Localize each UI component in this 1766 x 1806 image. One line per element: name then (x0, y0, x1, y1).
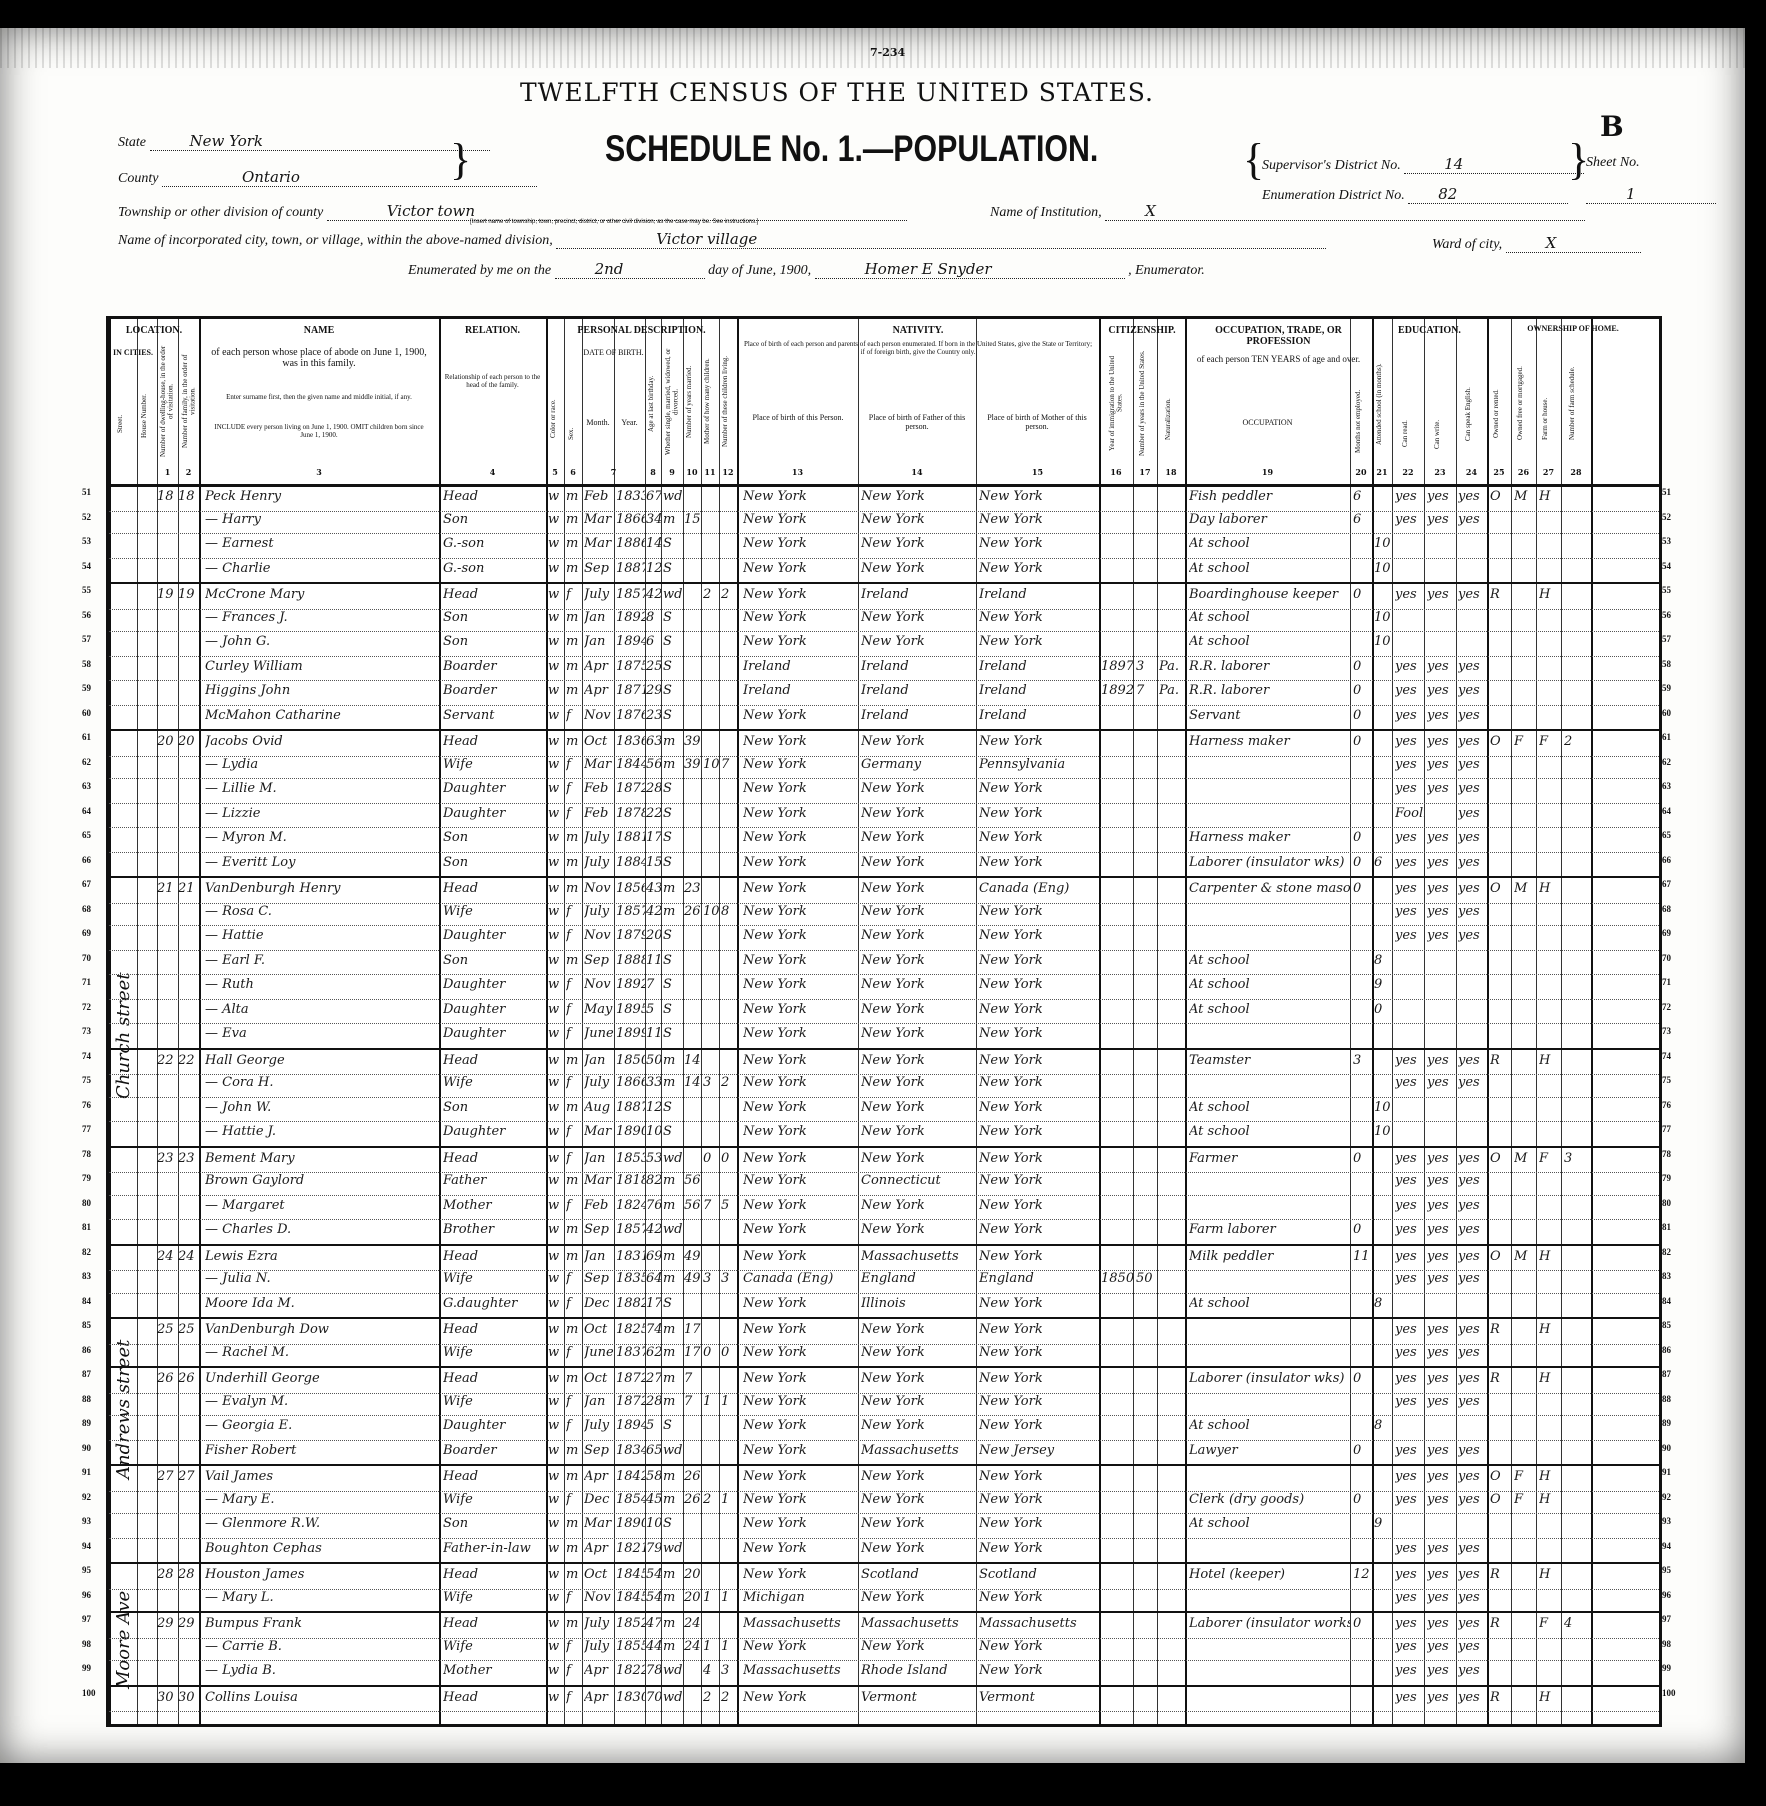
birth-year-cell: 1866 (616, 1075, 645, 1090)
owned-rented-cell: R (1490, 1690, 1511, 1705)
birth-month-cell: Oct (584, 1371, 614, 1386)
birth-month-cell: Jan (584, 1053, 614, 1068)
birthplace-person-cell: New York (743, 489, 858, 504)
occupation-cell: Farm laborer (1189, 1222, 1350, 1237)
naturalization-cell: Pa. (1159, 659, 1185, 674)
relation-heading: RELATION. (439, 325, 546, 336)
age-cell: 10 (646, 1516, 661, 1531)
birthplace-person-cell: New York (743, 1516, 858, 1531)
relation-cell: Wife (443, 1492, 546, 1507)
mother-of-cell: 10 (703, 757, 719, 772)
marital-status-cell: S (663, 1002, 683, 1017)
birthplace-mother-cell: New York (979, 1053, 1099, 1068)
birthplace-father-cell: New York (861, 1026, 976, 1041)
birth-month-cell: July (584, 1418, 614, 1433)
can-read-cell: yes (1395, 1639, 1424, 1654)
line-number-left: 82 (82, 1247, 91, 1257)
owned-rented-cell: O (1490, 881, 1511, 896)
dwelling-number-cell: 26 (157, 1371, 178, 1386)
attended-school-heading: Attended school (in months). (1376, 349, 1384, 459)
relation-cell: Daughter (443, 1002, 546, 1017)
column-number: 17 (1133, 467, 1157, 477)
children-living-cell: 1 (721, 1492, 737, 1507)
birthplace-mother-cell: New York (979, 634, 1099, 649)
occupation-cell: At school (1189, 1516, 1350, 1531)
months-unemployed-cell: 11 (1353, 1249, 1372, 1264)
birthplace-mother-cell: New York (979, 1222, 1099, 1237)
can-write-heading: Can write. (1434, 409, 1442, 459)
birth-month-cell: June (584, 1026, 614, 1041)
person-name-cell: — Charles D. (205, 1222, 439, 1237)
birthplace-mother-cell: New Jersey (979, 1443, 1099, 1458)
line-number-left: 88 (82, 1394, 91, 1404)
marital-status-cell: m (663, 1590, 683, 1605)
nativity-heading: NATIVITY. (737, 325, 1099, 336)
age-cell: 76 (646, 1198, 661, 1213)
birth-year-cell: 1881 (616, 830, 645, 845)
can-write-cell: yes (1427, 489, 1456, 504)
color-cell: w (548, 1394, 564, 1409)
farm-house-cell: H (1539, 1053, 1561, 1068)
ward-field: Ward of city, X (1432, 234, 1641, 253)
table-row: Curley WilliamBoarderwmApr187525SIreland… (109, 656, 1659, 682)
birthplace-father-cell: Massachusetts (861, 1249, 976, 1264)
sex-cell: f (566, 781, 582, 796)
birth-year-cell: 1899 (616, 1026, 645, 1041)
mother-of-cell: 0 (703, 1345, 719, 1360)
birth-year-cell: 1830 (616, 1690, 645, 1705)
person-name-cell: — Margaret (205, 1198, 439, 1213)
line-number: 83 (1662, 1271, 1671, 1281)
age-cell: 50 (646, 1053, 661, 1068)
attended-school-cell: 10 (1374, 634, 1392, 649)
birth-year-cell: 1831 (616, 1249, 645, 1264)
family-number-cell: 30 (178, 1690, 199, 1705)
free-mortgaged-cell: M (1514, 489, 1536, 504)
table-row: — RuthDaughterwfNov18927SNew YorkNew Yor… (109, 974, 1659, 1000)
birth-year-cell: 1845 (616, 1590, 645, 1605)
birthplace-father-cell: New York (861, 1590, 976, 1605)
color-cell: w (548, 1124, 564, 1139)
birthplace-person-cell: New York (743, 1443, 858, 1458)
years-in-us-cell: 3 (1136, 659, 1157, 674)
can-read-cell: yes (1395, 757, 1424, 772)
birthplace-mother-cell: New York (979, 1516, 1099, 1531)
can-write-cell: yes (1427, 1151, 1456, 1166)
birth-year-cell: 1850 (616, 1053, 645, 1068)
relation-cell: G.-son (443, 536, 546, 551)
birthplace-mother-cell: New York (979, 610, 1099, 625)
color-cell: w (548, 1053, 564, 1068)
line-number: 51 (1662, 487, 1671, 497)
years-married-cell: 14 (684, 1075, 701, 1090)
age-cell: 27 (646, 1371, 661, 1386)
sex-heading: Sex. (568, 409, 576, 459)
color-cell: w (548, 1198, 564, 1213)
birthplace-mother-cell: Ireland (979, 708, 1099, 723)
marital-status-cell: wd (663, 489, 683, 504)
birthplace-father-cell: New York (861, 1075, 976, 1090)
birth-year-cell: 1818 (616, 1173, 645, 1188)
occupation-cell: At school (1189, 1296, 1350, 1311)
age-cell: 42 (646, 587, 661, 602)
person-name-cell: Collins Louisa (205, 1690, 439, 1705)
birth-year-cell: 1857 (616, 1222, 645, 1237)
age-cell: 11 (646, 953, 661, 968)
dwelling-number-cell: 22 (157, 1053, 178, 1068)
occupation-cell: At school (1189, 536, 1350, 551)
farm-house-cell: F (1539, 1616, 1561, 1631)
owned-rented-cell: R (1490, 1322, 1511, 1337)
sex-cell: m (566, 1173, 582, 1188)
can-write-cell: yes (1427, 1541, 1456, 1556)
birthplace-mother-cell: England (979, 1271, 1099, 1286)
table-row: — LizzieDaughterwfFeb187822SNew YorkNew … (109, 803, 1659, 829)
farm-schedule-cell: 2 (1564, 734, 1591, 749)
can-speak-english-cell: yes (1458, 683, 1487, 698)
family-number-cell: 18 (178, 489, 199, 504)
can-write-cell: yes (1427, 1567, 1456, 1582)
line-number: 66 (1662, 855, 1671, 865)
line-number: 60 (1662, 708, 1671, 718)
marital-status-cell: S (663, 683, 683, 698)
years-married-cell: 7 (684, 1371, 701, 1386)
birth-year-cell: 1879 (616, 928, 645, 943)
line-number: 77 (1662, 1124, 1671, 1134)
birthplace-mother-cell: New York (979, 1541, 1099, 1556)
birth-month-cell: July (584, 855, 614, 870)
can-read-cell: yes (1395, 587, 1424, 602)
birthplace-mother-cell: New York (979, 1124, 1099, 1139)
dwelling-number-cell: 20 (157, 734, 178, 749)
birthplace-mother-cell: Ireland (979, 683, 1099, 698)
person-name-cell: McCrone Mary (205, 587, 439, 602)
can-write-cell: yes (1427, 855, 1456, 870)
marital-status-cell: wd (663, 1690, 683, 1705)
birthplace-person-cell: New York (743, 855, 858, 870)
color-cell: w (548, 1173, 564, 1188)
can-write-cell: yes (1427, 1469, 1456, 1484)
relation-cell: Head (443, 1053, 546, 1068)
family-number-cell: 26 (178, 1371, 199, 1386)
table-row: — Mary E.WifewfDec185445m2621New YorkNew… (109, 1489, 1659, 1515)
children-living-cell: 3 (721, 1271, 737, 1286)
name-note-surname: Enter surname first, then the given name… (209, 394, 429, 402)
mother-of-cell: 10 (703, 904, 719, 919)
can-speak-english-cell: yes (1458, 928, 1487, 943)
free-mortgaged-cell: F (1514, 1492, 1536, 1507)
relation-cell: Daughter (443, 781, 546, 796)
person-name-cell: — Georgia E. (205, 1418, 439, 1433)
attended-school-cell: 8 (1374, 1296, 1392, 1311)
name-description: of each person whose place of abode on J… (209, 347, 429, 369)
owned-rented-cell: R (1490, 587, 1511, 602)
can-write-cell: yes (1427, 1371, 1456, 1386)
can-read-cell: yes (1395, 734, 1424, 749)
birthplace-mother-cell: New York (979, 1002, 1099, 1017)
birthplace-person-cell: Massachusetts (743, 1616, 858, 1631)
can-write-cell: yes (1427, 1394, 1456, 1409)
months-unemployed-cell: 0 (1353, 659, 1372, 674)
owned-rented-cell: O (1490, 1249, 1511, 1264)
birthplace-father-cell: New York (861, 1418, 976, 1433)
can-speak-english-cell: yes (1458, 1663, 1487, 1678)
sex-cell: m (566, 1100, 582, 1115)
attended-school-cell: 8 (1374, 953, 1392, 968)
months-unemployed-cell: 0 (1353, 1443, 1372, 1458)
line-number: 68 (1662, 904, 1671, 914)
birth-month-cell: July (584, 1075, 614, 1090)
birth-year-cell: 1855 (616, 1639, 645, 1654)
birth-month-cell: Oct (584, 1567, 614, 1582)
age-cell: 44 (646, 1639, 661, 1654)
birth-year-cell: 1842 (616, 1469, 645, 1484)
column-number: 27 (1536, 467, 1561, 477)
line-number: 64 (1662, 806, 1671, 816)
name-heading: NAME (199, 325, 439, 336)
children-living-cell: 2 (721, 587, 737, 602)
birth-year-cell: 1821 (616, 1541, 645, 1556)
enumerated-day: 2nd (555, 260, 705, 279)
line-number: 74 (1662, 1051, 1671, 1061)
sex-cell: f (566, 1296, 582, 1311)
family-number-cell: 20 (178, 734, 199, 749)
table-row: — John W.SonwmAug188712SNew YorkNew York… (109, 1097, 1659, 1123)
person-name-cell: — Hattie J. (205, 1124, 439, 1139)
sex-cell: m (566, 1222, 582, 1237)
person-name-cell: — Mary E. (205, 1492, 439, 1507)
birthplace-father-cell: New York (861, 1053, 976, 1068)
birthplace-person-cell: New York (743, 1053, 858, 1068)
birth-month-cell: Mar (584, 536, 614, 551)
birthplace-person-heading: Place of birth of this Person. (743, 414, 853, 423)
column-number: 20 (1350, 467, 1372, 477)
marital-status-cell: m (663, 1075, 683, 1090)
can-read-cell: yes (1395, 928, 1424, 943)
color-cell: w (548, 634, 564, 649)
age-cell: 6 (646, 634, 661, 649)
birthplace-person-cell: New York (743, 734, 858, 749)
can-read-cell: yes (1395, 1053, 1424, 1068)
sex-cell: m (566, 855, 582, 870)
years-in-us-heading: Number of years in the United States. (1139, 347, 1147, 459)
ownership-heading: OWNERSHIP OF HOME. (1487, 325, 1659, 334)
column-number: 8 (645, 467, 661, 477)
color-cell: w (548, 1026, 564, 1041)
birth-month-cell: Apr (584, 1663, 614, 1678)
attended-school-cell: 10 (1374, 1124, 1392, 1139)
age-cell: 28 (646, 1394, 661, 1409)
sex-cell: m (566, 1322, 582, 1337)
birthplace-father-cell: Ireland (861, 683, 976, 698)
mother-of-cell: 1 (703, 1394, 719, 1409)
can-write-cell: yes (1427, 587, 1456, 602)
years-married-cell: 26 (684, 1469, 701, 1484)
sex-cell: f (566, 708, 582, 723)
age-cell: 28 (646, 781, 661, 796)
birth-month-cell: Apr (584, 659, 614, 674)
birthplace-father-cell: New York (861, 977, 976, 992)
birthplace-mother-cell: New York (979, 830, 1099, 845)
color-cell: w (548, 1516, 564, 1531)
line-number-left: 65 (82, 830, 91, 840)
marital-status-cell: S (663, 1418, 683, 1433)
can-read-cell: yes (1395, 1394, 1424, 1409)
table-row: 2929Bumpus FrankHeadwmJuly185247m24Massa… (109, 1611, 1659, 1639)
age-cell: 22 (646, 806, 661, 821)
can-write-cell: yes (1427, 1271, 1456, 1286)
color-cell: w (548, 1418, 564, 1433)
can-speak-english-cell: yes (1458, 1394, 1487, 1409)
birthplace-mother-heading: Place of birth of Mother of this person. (981, 414, 1093, 432)
age-cell: 5 (646, 1418, 661, 1433)
relation-cell: G.daughter (443, 1296, 546, 1311)
family-number-heading: Number of family, in the order of visita… (182, 344, 197, 459)
birthplace-person-cell: New York (743, 1075, 858, 1090)
line-number: 95 (1662, 1565, 1671, 1575)
farm-house-cell: H (1539, 489, 1561, 504)
sex-cell: m (566, 1541, 582, 1556)
person-name-cell: Hall George (205, 1053, 439, 1068)
owned-rented-cell: O (1490, 489, 1511, 504)
birthplace-mother-cell: New York (979, 1249, 1099, 1264)
age-cell: 5 (646, 1002, 661, 1017)
can-read-cell: yes (1395, 1469, 1424, 1484)
birth-month-cell: July (584, 587, 614, 602)
relation-cell: Head (443, 1249, 546, 1264)
relation-cell: Head (443, 1322, 546, 1337)
marital-status-cell: m (663, 1616, 683, 1631)
birthplace-father-cell: New York (861, 734, 976, 749)
line-number-left: 94 (82, 1541, 91, 1551)
column-number: 6 (564, 467, 582, 477)
line-number-left: 72 (82, 1002, 91, 1012)
birthplace-mother-cell: New York (979, 953, 1099, 968)
table-row: — Everitt LoySonwmJuly188415SNew YorkNew… (109, 852, 1659, 878)
birth-year-cell: 1892 (616, 977, 645, 992)
can-speak-english-cell: yes (1458, 881, 1487, 896)
free-mortgaged-cell: M (1514, 1151, 1536, 1166)
birthplace-person-cell: New York (743, 1567, 858, 1582)
person-name-cell: — Earl F. (205, 953, 439, 968)
line-number-left: 70 (82, 953, 91, 963)
line-number: 55 (1662, 585, 1671, 595)
person-name-cell: — Mary L. (205, 1590, 439, 1605)
birthplace-person-cell: New York (743, 634, 858, 649)
marital-status-cell: S (663, 536, 683, 551)
birth-year-cell: 1845 (616, 1567, 645, 1582)
line-number-left: 89 (82, 1418, 91, 1428)
birthplace-person-cell: New York (743, 1173, 858, 1188)
dwelling-number-cell: 24 (157, 1249, 178, 1264)
birth-month-cell: Apr (584, 1469, 614, 1484)
children-living-cell: 2 (721, 1075, 737, 1090)
birthplace-person-cell: New York (743, 781, 858, 796)
color-cell: w (548, 1222, 564, 1237)
can-read-cell: yes (1395, 1567, 1424, 1582)
can-speak-english-cell: yes (1458, 1249, 1487, 1264)
relation-cell: Servant (443, 708, 546, 723)
line-number: 73 (1662, 1026, 1671, 1036)
children-living-cell: 0 (721, 1151, 737, 1166)
age-cell: 62 (646, 1345, 661, 1360)
relation-cell: Wife (443, 904, 546, 919)
can-speak-english-cell: yes (1458, 757, 1487, 772)
color-cell: w (548, 561, 564, 576)
dwelling-number-cell: 18 (157, 489, 178, 504)
line-number-left: 62 (82, 757, 91, 767)
age-cell: 82 (646, 1173, 661, 1188)
birthplace-person-cell: New York (743, 536, 858, 551)
birth-month-cell: Apr (584, 1541, 614, 1556)
table-row: — Cora H.WifewfJuly186633m1432New YorkNe… (109, 1072, 1659, 1098)
birthplace-father-cell: New York (861, 1100, 976, 1115)
line-number-left: 86 (82, 1345, 91, 1355)
color-cell: w (548, 1271, 564, 1286)
birth-year-cell: 1872 (616, 1371, 645, 1386)
institution-label: Name of Institution, (990, 205, 1102, 220)
marital-status-cell: m (663, 1198, 683, 1213)
months-unemployed-cell: 0 (1353, 830, 1372, 845)
birth-month-cell: Feb (584, 489, 614, 504)
years-married-cell: 39 (684, 734, 701, 749)
marital-status-cell: S (663, 977, 683, 992)
line-number-left: 99 (82, 1663, 91, 1673)
farm-house-heading: Farm or house. (1542, 379, 1550, 459)
can-read-heading: Can read. (1402, 409, 1410, 459)
sex-cell: m (566, 1469, 582, 1484)
column-number: 14 (858, 467, 976, 477)
years-married-cell: 17 (684, 1345, 701, 1360)
can-write-cell: yes (1427, 830, 1456, 845)
birthplace-person-cell: Ireland (743, 683, 858, 698)
person-name-cell: — Lydia (205, 757, 439, 772)
age-cell: 33 (646, 1075, 661, 1090)
can-speak-english-cell: yes (1458, 659, 1487, 674)
occupation-cell: Lawyer (1189, 1443, 1350, 1458)
birthplace-father-cell: Ireland (861, 708, 976, 723)
birth-month-cell: Sep (584, 1271, 614, 1286)
birthplace-person-cell: New York (743, 757, 858, 772)
sex-cell: f (566, 1590, 582, 1605)
birth-month-cell: Mar (584, 512, 614, 527)
line-number-left: 85 (82, 1320, 91, 1330)
can-speak-english-cell: yes (1458, 1616, 1487, 1631)
table-row: 2525VanDenburgh DowHeadwmOct182574m17New… (109, 1317, 1659, 1345)
birthplace-person-cell: New York (743, 977, 858, 992)
person-name-cell: Fisher Robert (205, 1443, 439, 1458)
years-married-cell: 26 (684, 1492, 701, 1507)
occupation-cell: At school (1189, 610, 1350, 625)
birth-year-cell: 1887 (616, 1100, 645, 1115)
can-speak-english-cell: yes (1458, 1198, 1487, 1213)
can-write-cell: yes (1427, 1075, 1456, 1090)
age-cell: 12 (646, 561, 661, 576)
age-cell: 64 (646, 1271, 661, 1286)
line-number-left: 57 (82, 634, 91, 644)
birthplace-mother-cell: Pennsylvania (979, 757, 1099, 772)
date-of-birth-heading: DATE OF BIRTH. (582, 349, 645, 358)
line-number-left: 92 (82, 1492, 91, 1502)
children-living-cell: 7 (721, 757, 737, 772)
line-number-left: 60 (82, 708, 91, 718)
can-speak-english-cell: yes (1458, 587, 1487, 602)
sex-cell: f (566, 1002, 582, 1017)
table-row: — Rosa C.WifewfJuly185742m26108New YorkN… (109, 901, 1659, 927)
marital-status-cell: m (663, 1053, 683, 1068)
person-name-cell: — Lydia B. (205, 1663, 439, 1678)
age-cell: 74 (646, 1322, 661, 1337)
